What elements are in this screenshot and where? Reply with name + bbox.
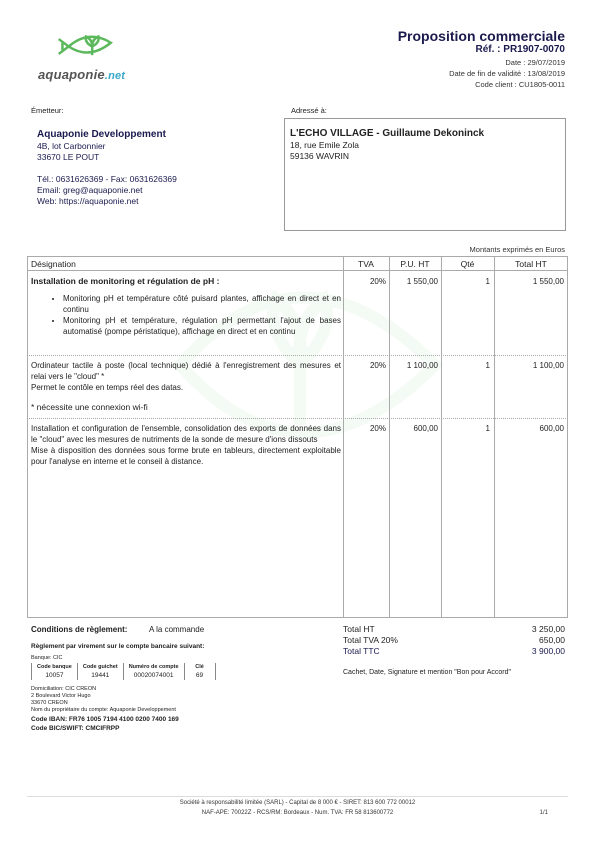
- domiciliation-address2: 33670 CREON: [31, 700, 176, 707]
- sender-block: Aquaponie Developpement 4B, lot Carbonni…: [37, 128, 177, 207]
- total-ttc-row: Total TTC 3 900,00: [343, 646, 565, 656]
- total-tva-row: Total TVA 20% 650,00: [343, 635, 565, 645]
- logo-text-main: aquaponie: [38, 67, 105, 82]
- client-code: Code client : CU1805-0011: [475, 80, 565, 89]
- row1-total: 1 550,00: [494, 277, 564, 286]
- recipient-address2: 59136 WAVRIN: [290, 151, 484, 162]
- total-tva-label: Total TVA 20%: [343, 635, 398, 645]
- sender-phone: Tél.: 0631626369 - Fax: 0631626369: [37, 174, 177, 185]
- currency-note: Montants exprimés en Euros: [470, 245, 565, 254]
- col-header-qty: Qté: [441, 259, 494, 269]
- table-row: Installation et configuration de l'ensem…: [31, 423, 341, 467]
- col-header-total: Total HT: [494, 259, 568, 269]
- row1-title: Installation de monitoring et régulation…: [31, 276, 219, 286]
- col-divider: [389, 256, 390, 618]
- row-divider: [27, 418, 568, 419]
- bic: Code BIC/SWIFT: CMCIFRPP: [31, 724, 179, 733]
- col-divider: [494, 256, 495, 618]
- col-header-unit-price: P.U. HT: [389, 259, 441, 269]
- recipient-name: L'ECHO VILLAGE - Guillaume Dekoninck: [290, 127, 484, 140]
- payment-conditions-label: Conditions de règlement:: [31, 625, 127, 634]
- row1-qty: 1: [441, 277, 490, 286]
- iban: Code IBAN: FR76 1005 7194 4100 0200 7400…: [31, 715, 179, 724]
- bank-code-header: Code banque: [32, 663, 78, 671]
- sender-label: Émetteur:: [31, 106, 64, 115]
- row1-tva: 20%: [343, 277, 386, 286]
- header-divider: [27, 270, 568, 271]
- row-divider: [27, 355, 568, 356]
- recipient-label: Adressé à:: [291, 106, 327, 115]
- row3-line1: Installation et configuration de l'ensem…: [31, 423, 341, 445]
- col-divider: [343, 256, 344, 618]
- row1-bullet: Monitoring pH et température, régulation…: [63, 315, 341, 337]
- table-row: Ordinateur tactile à poste (local techni…: [31, 360, 341, 413]
- row2-line1: Ordinateur tactile à poste (local techni…: [31, 360, 341, 382]
- total-ht-label: Total HT: [343, 624, 375, 634]
- sender-name: Aquaponie Developpement: [37, 128, 177, 141]
- total-ttc-value: 3 900,00: [532, 646, 565, 656]
- domiciliation-block: Domiciliation: CIC CREON 2 Boulevard Vic…: [31, 686, 176, 714]
- validity-date: Date de fin de validité : 13/08/2019: [449, 69, 565, 78]
- bank-code: 10057: [32, 671, 78, 680]
- col-header-designation: Désignation: [31, 259, 76, 269]
- footer-legal-line1: Société à responsabilité limitée (SARL) …: [0, 800, 595, 806]
- row3-tva: 20%: [343, 424, 386, 433]
- col-divider: [441, 256, 442, 618]
- logo-wordmark: aquaponie.net: [38, 67, 125, 82]
- row2-unit-price: 1 100,00: [389, 361, 438, 370]
- account-owner: Nom du propriétaire du compte: Aquaponie…: [31, 707, 176, 714]
- document-ref: Réf. : PR1907-0070: [476, 44, 566, 55]
- transfer-title: Règlement par virement sur le compte ban…: [31, 643, 204, 650]
- row2-note: * nécessite une connexion wi-fi: [31, 402, 341, 413]
- sender-web[interactable]: Web: https://aquaponie.net: [37, 196, 177, 207]
- row1-bullet: Monitoring pH et température côté puisar…: [63, 293, 341, 315]
- col-header-tva: TVA: [343, 259, 389, 269]
- fish-sprout-icon: [55, 30, 117, 63]
- bank-name: Banque: CIC: [31, 655, 63, 661]
- account-number: 00020074001: [123, 671, 184, 680]
- table-row: Installation de monitoring et régulation…: [31, 276, 341, 337]
- signature-note: Cachet, Date, Signature et mention "Bon …: [343, 669, 511, 676]
- footer-divider: [27, 796, 568, 797]
- sender-email[interactable]: Email: greg@aquaponie.net: [37, 185, 177, 196]
- total-ht-row: Total HT 3 250,00: [343, 624, 565, 634]
- recipient-block: L'ECHO VILLAGE - Guillaume Dekoninck 18,…: [290, 127, 484, 162]
- domiciliation: Domiciliation: CIC CREON: [31, 686, 176, 693]
- row2-total: 1 100,00: [494, 361, 564, 370]
- total-ttc-label: Total TTC: [343, 646, 380, 656]
- branch-code: 19441: [77, 671, 123, 680]
- row2-qty: 1: [441, 361, 490, 370]
- footer-legal-line2: NAF-APE: 70022Z - RCS/RM: Bordeaux - Num…: [0, 810, 595, 816]
- row1-unit-price: 1 550,00: [389, 277, 438, 286]
- row3-unit-price: 600,00: [389, 424, 438, 433]
- row3-qty: 1: [441, 424, 490, 433]
- document-title: Proposition commerciale: [398, 28, 565, 44]
- logo-text-suffix: .net: [105, 70, 125, 82]
- key-header: Clé: [184, 663, 215, 671]
- sender-address1: 4B, lot Carbonnier: [37, 141, 177, 152]
- account-number-header: Numéro de compte: [123, 663, 184, 671]
- payment-conditions-value: A la commande: [149, 625, 204, 634]
- branch-code-header: Code guichet: [77, 663, 123, 671]
- row2-line2: Permet le contôle en temps réel des data…: [31, 382, 341, 393]
- row3-line2: Mise à disposition des données sous form…: [31, 445, 341, 467]
- recipient-address1: 18, rue Emile Zola: [290, 140, 484, 151]
- bank-details-table: Code banque Code guichet Numéro de compt…: [31, 663, 216, 680]
- account-key: 69: [184, 671, 215, 680]
- domiciliation-address1: 2 Boulevard Victor Hugo: [31, 693, 176, 700]
- iban-block: Code IBAN: FR76 1005 7194 4100 0200 7400…: [31, 715, 179, 733]
- total-tva-value: 650,00: [539, 635, 565, 645]
- row2-tva: 20%: [343, 361, 386, 370]
- document-date: Date : 29/07/2019: [505, 58, 565, 67]
- sender-address2: 33670 LE POUT: [37, 152, 177, 163]
- row3-total: 600,00: [494, 424, 564, 433]
- page-number: 1/1: [540, 810, 548, 816]
- total-ht-value: 3 250,00: [532, 624, 565, 634]
